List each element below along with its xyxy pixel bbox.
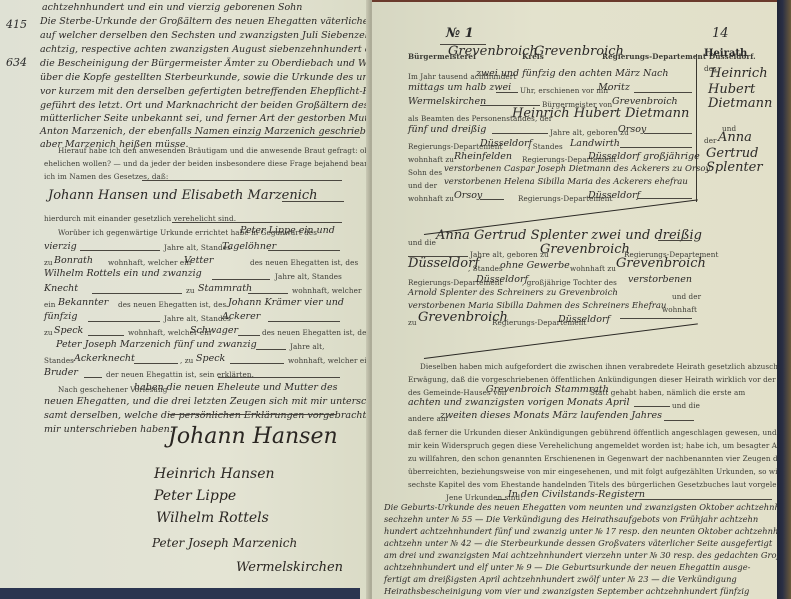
printed-line: ehelichen wollen? — und da jeder der bei…: [44, 159, 372, 168]
hand-line: fertigt am dreißigsten April achtzehnhun…: [384, 574, 737, 585]
fill-line: [496, 92, 518, 93]
hand: achten und zwanzigsten vorigen Monats Ap…: [408, 397, 630, 408]
groom-first: Heinrich: [710, 68, 768, 79]
fill-line: [644, 133, 692, 134]
witness-3-occupation: Ackerer: [222, 311, 260, 322]
hand: verstorbenen: [628, 274, 692, 285]
hand-line: achtzehnhundert und elf unter № 9 — Die …: [384, 562, 750, 573]
hand-line: sechzehn unter № 55 — Die Verkündigung d…: [384, 514, 758, 525]
printed: wohnhaft zu: [408, 155, 454, 164]
hand: Düsseldorf: [480, 138, 532, 149]
label: des neuen Ehegatten ist, des: [250, 258, 358, 267]
fill-line: [230, 363, 284, 364]
hand: Grevenbroich: [540, 244, 630, 255]
hand: Grevenbroich: [616, 258, 706, 269]
witness-2-occupation: Knecht: [44, 283, 78, 294]
hand: Landwirth: [570, 138, 620, 149]
label: wohnhaft, welcher ein: [288, 356, 371, 365]
fill-line: [190, 137, 360, 138]
hand-line: achtzig, respective achten zwanzigsten A…: [40, 44, 372, 55]
printed: Erwägung, daß die vorgeschriebenen öffen…: [408, 375, 780, 384]
printed-line: Hierauf habe ich den anwesenden Bräutiga…: [58, 146, 372, 155]
margin-number-1: 415: [6, 18, 27, 31]
hand-line: haben die neuen Eheleute und Mutter des: [134, 382, 338, 393]
column-divider: [696, 54, 697, 202]
hand-line: am drei und zwanzigsten Mai achtzehnhund…: [384, 550, 780, 561]
bride-second: Gertrud: [706, 148, 758, 159]
fill-line: [218, 377, 340, 378]
fill-line: [88, 335, 124, 336]
witness-1-age: vierzig: [44, 241, 77, 252]
signature: Peter Lippe: [154, 488, 236, 504]
bride-surname: Splenter: [706, 162, 763, 173]
printed: , großjährige Tochter des: [522, 278, 617, 287]
label: zu: [186, 286, 195, 295]
fill-line: [256, 349, 286, 350]
witness-3-age: fünfzig: [44, 311, 77, 322]
label: Jahre alt, Standes: [164, 243, 231, 252]
printed: Uhr, erschienen vor mir: [520, 86, 609, 95]
hand-line: Heirathsbescheinigung vom vier und zwanz…: [384, 586, 749, 597]
printed: und die: [672, 401, 700, 410]
printed: zu willfahren, den schon genannten Ersch…: [408, 454, 780, 463]
printed: Statt gehabt haben, nämlich die erste am: [590, 388, 745, 397]
book-cover-bottom: [0, 588, 360, 599]
couple-names: Johann Hansen und Elisabeth Marzenich: [48, 190, 318, 201]
label: , zu: [180, 356, 193, 365]
left-page: 415 634 achtzehnhundert und ein und vier…: [0, 0, 372, 599]
label: der: [704, 136, 717, 145]
hand-line: hundert achtzehnhundert fünf und zwanzig…: [384, 526, 780, 537]
printed: und der: [672, 292, 701, 301]
printed: Dieselben haben mich aufgefordert die zw…: [420, 362, 780, 371]
fill-line: [282, 201, 344, 202]
hand: Düsseldorf: [476, 274, 528, 285]
hand: zweiten dieses Monats März laufenden Jah…: [440, 410, 662, 421]
fill-line: [134, 363, 178, 364]
hand: In den Civilstands-Registern: [508, 489, 645, 500]
fill-line: [84, 377, 102, 378]
hand-line: die Bescheinigung der Bürgermeister Ämte…: [40, 58, 372, 69]
hand-line: achtzehnhundert und ein und vierzig gebo…: [42, 2, 302, 13]
fill-line: [268, 321, 340, 322]
witness-4-occupation: Ackerknecht: [74, 353, 135, 364]
printed: wohnhaft zu: [408, 194, 454, 203]
label: Jahre alt, Standes: [275, 272, 342, 281]
bride-first: Anna: [718, 132, 752, 143]
witness-3-place: Speck: [54, 325, 83, 336]
groom-surname: Dietmann: [708, 98, 772, 109]
witness-4-place: Speck: [196, 353, 225, 364]
signature: Heinrich Hansen: [154, 466, 275, 482]
label: Standes: [44, 356, 74, 365]
hand: ohne Gewerbe: [500, 260, 570, 271]
fill-line: [92, 293, 182, 294]
fill-line: [634, 92, 692, 93]
fill-line: [620, 318, 692, 319]
hand: Düsseldorf großjährige: [588, 151, 700, 162]
signature-registrar: Wermelskirchen: [236, 560, 343, 575]
right-page: № 1 14 Bürgermeisterei Grevenbroich Krei…: [372, 0, 780, 599]
groom-second: Hubert: [708, 84, 755, 95]
signature-groom: Johann Hansen: [168, 424, 338, 449]
label: des neuen Ehegatten ist, des: [262, 328, 370, 337]
hand-line: vor kurzem mit den derselben gefertigten…: [40, 86, 372, 97]
label: wohnhaft, welcher: [292, 286, 362, 295]
hand: Düsseldorf: [558, 314, 610, 325]
fill-line: [496, 499, 506, 500]
printed: sechste Kapitel des vom Ehestande handel…: [408, 480, 780, 489]
hand: Rheinfelden: [454, 151, 512, 162]
registrar-name: Wermelskirchen: [408, 96, 486, 107]
fill-line: [620, 147, 692, 148]
witness-2-relation: Bekannter: [58, 297, 108, 308]
hand-line: mir unterschrieben haben.: [44, 424, 173, 435]
witness-4-relation: Bruder: [44, 367, 78, 378]
margin-number-2: 634: [6, 56, 27, 69]
hand-line: neuen Ehegatten, und die drei letzten Ze…: [44, 396, 372, 407]
fill-line: [664, 420, 694, 421]
label: zu: [44, 328, 53, 337]
witness-3-relation: Schwager: [190, 325, 238, 336]
fill-line: [172, 222, 342, 223]
printed: mir kein Widerspruch gegen diese Verehel…: [408, 441, 780, 450]
fill-line: [238, 335, 260, 336]
label: wohnhaft, welcher ein: [108, 258, 191, 267]
label: ein: [44, 300, 55, 309]
printed: , Standes: [528, 142, 563, 151]
hand-line: Die Sterbe-Urkunde der Großältern des ne…: [40, 16, 372, 27]
signature: Peter Joseph Marzenich: [152, 536, 297, 550]
hand-line: über die Kopfe gestellten Sterbeurkunde,…: [40, 72, 372, 83]
printed: und die: [408, 238, 436, 247]
hand: Orsoy: [618, 124, 646, 135]
witness-2-name: Wilhelm Rottels ein und zwanzig: [44, 268, 202, 279]
hand-line: mütterlicher Seite unbekannt sei, und fe…: [40, 113, 372, 124]
printed: zu: [408, 318, 417, 327]
printed: überreichten, beziehungsweise von mir ei…: [408, 467, 780, 476]
printed: Jahre alt, geboren zu: [470, 250, 549, 259]
fill-line: [168, 414, 336, 415]
hand-line: Anton Marzenich, der ebenfalls Namen ein…: [40, 126, 372, 137]
label: zu: [44, 258, 53, 267]
witness-2-place: Stammrath: [198, 283, 252, 294]
hand-line: geführt des letzt. Ort und Marknachricht…: [40, 100, 372, 111]
witness-1-name: Peter Lippe ein und: [240, 225, 335, 236]
fill-line: [142, 180, 342, 181]
witness-3-name: Johann Krämer vier und: [228, 297, 344, 308]
hand: zwei und fünfzig den achten März Nach: [476, 68, 668, 79]
hand-line: auf welcher derselben den Sechsten und z…: [40, 30, 372, 41]
fill-line: [658, 240, 692, 241]
label: Jahre alt,: [290, 342, 325, 351]
hand-line: Die Geburts-Urkunde des neuen Ehegatten …: [384, 502, 780, 513]
fill-line: [634, 406, 670, 407]
hand: Moritz: [598, 82, 630, 93]
page-mark: 14: [712, 26, 729, 41]
strike-line: [424, 323, 698, 359]
hand: fünf und dreißig: [408, 124, 486, 135]
record-number: № 1: [446, 26, 474, 41]
printed: , Standes: [468, 264, 503, 273]
printed: daß ferner die Urkunden dieser Ankündigu…: [408, 428, 780, 437]
hand-line: samt derselben, welche die persönlichen …: [44, 410, 372, 421]
bride-father: Arnold Splenter des Schreiners zu Greven…: [408, 288, 618, 299]
printed: wohnhaft: [662, 305, 697, 314]
printed: und der: [408, 181, 437, 190]
fill-line: [632, 499, 772, 500]
sidebar-heading: Heirath: [704, 48, 747, 59]
groom-father: verstorbenen Caspar Joseph Dietmann des …: [444, 164, 710, 175]
fill-line: [88, 321, 160, 322]
label: Jahre alt, Standes: [164, 314, 231, 323]
printed: Sohn des: [408, 168, 442, 177]
groom-mother: verstorbenen Helena Sibilla Maria des Ac…: [444, 177, 688, 188]
fill-line: [80, 250, 160, 251]
fill-line: [480, 199, 504, 200]
witness-1-relation: Vetter: [184, 255, 213, 266]
fill-line: [248, 293, 288, 294]
fill-line: [638, 198, 692, 199]
witness-4-name: Peter Joseph Marzenich fünf und zwanzig: [56, 339, 257, 350]
book-cover-edge: [777, 0, 791, 599]
hand: Orsoy: [454, 190, 482, 201]
hand: Düsseldorf: [588, 190, 640, 201]
hand-line: achtzehn unter № 42 — die Sterbeurkunde …: [384, 538, 772, 549]
label: des neuen Ehegatten ist, des: [118, 300, 226, 309]
witness-1-place: Bonrath: [54, 255, 93, 266]
fill-line: [212, 279, 270, 280]
printed: Jahre alt, geboren zu: [550, 128, 629, 137]
fill-line: [492, 133, 548, 134]
groom-name: Heinrich Hubert Dietmann: [512, 108, 689, 119]
signature: Wilhelm Rottels: [156, 510, 269, 526]
fill-line: [268, 250, 340, 251]
printed: wohnhaft zu: [570, 264, 616, 273]
